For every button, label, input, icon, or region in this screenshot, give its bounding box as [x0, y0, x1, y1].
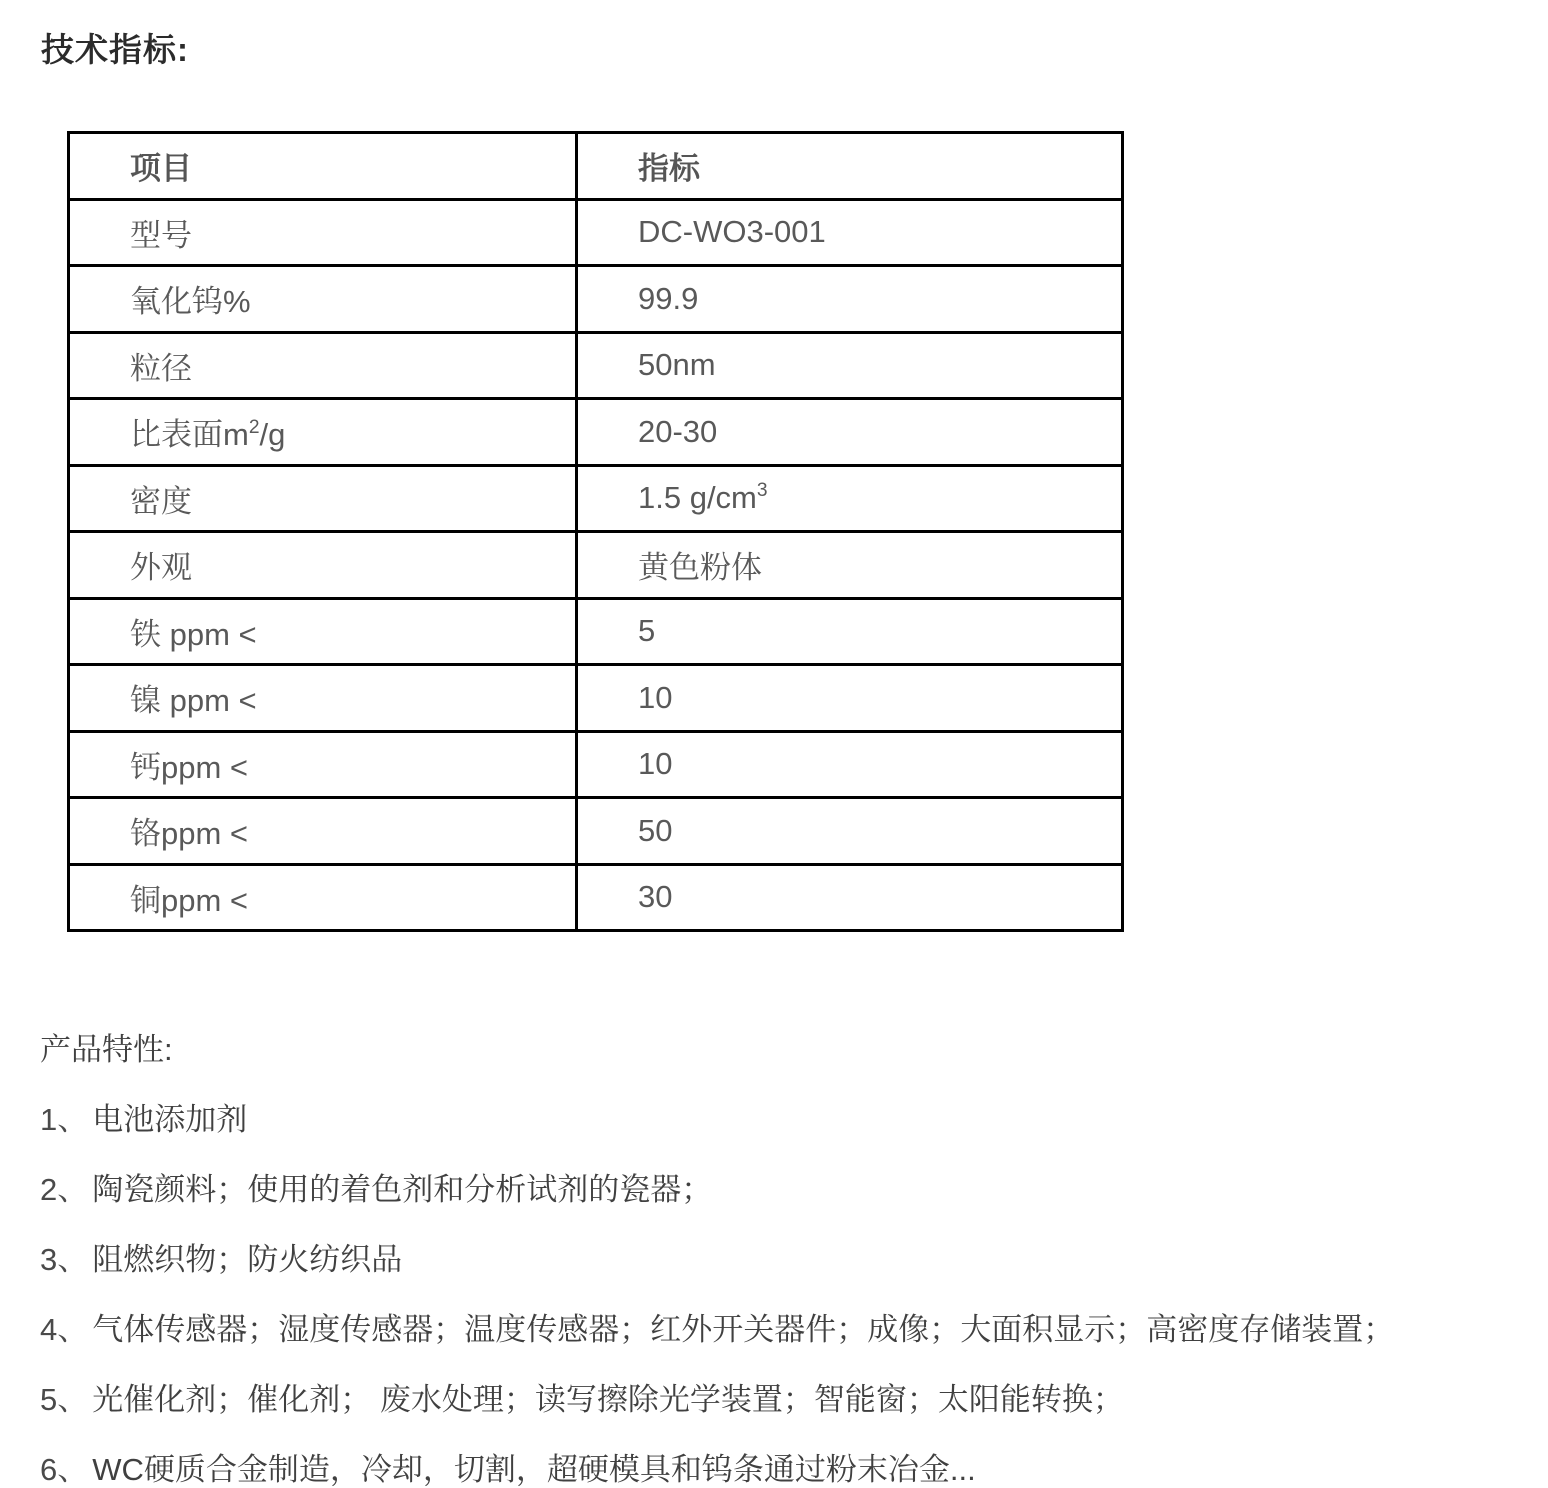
- table-header-item: 项目: [69, 133, 577, 200]
- item-cell: 铬ppm <: [69, 798, 577, 865]
- cell-text: 99.9: [638, 281, 698, 316]
- table-row: 型号DC-WO3-001: [69, 199, 1123, 266]
- cell-text: 10: [638, 746, 672, 781]
- feature-list-item: 5、光催化剂；催化剂； 废水处理；读写擦除光学装置；智能窗；太阳能转换；: [40, 1380, 1510, 1420]
- cell-text: 50: [638, 813, 672, 848]
- item-cell: 型号: [69, 199, 577, 266]
- feature-list-item: 1、电池添加剂: [40, 1100, 1510, 1140]
- cell-text: 氧化钨%: [130, 284, 251, 319]
- table-header-value: 指标: [577, 133, 1123, 200]
- features-heading: 产品特性:: [40, 1030, 1510, 1070]
- cell-text: 30: [638, 879, 672, 914]
- features-section: 产品特性: 1、电池添加剂2、陶瓷颜料；使用的着色剂和分析试剂的瓷器；3、阻燃织…: [40, 1030, 1510, 1488]
- item-cell: 铜ppm <: [69, 864, 577, 931]
- cell-text: 20-30: [638, 414, 717, 449]
- features-list: 1、电池添加剂2、陶瓷颜料；使用的着色剂和分析试剂的瓷器；3、阻燃织物；防火纺织…: [40, 1100, 1510, 1488]
- table-row: 铜ppm <30: [69, 864, 1123, 931]
- feature-list-item: 6、WC硬质合金制造，冷却，切割，超硬模具和钨条通过粉末冶金...: [40, 1450, 1510, 1488]
- page-title: 技术指标:: [41, 24, 189, 71]
- feature-item-text: 阻燃织物；防火纺织品: [92, 1242, 402, 1277]
- cell-text: 铬ppm <: [130, 816, 248, 851]
- spec-document-page: 技术指标: 项目 指标 型号DC-WO3-001氧化钨%99.9粒径50nm比表…: [0, 0, 1548, 1488]
- cell-text: 50nm: [638, 347, 716, 382]
- item-cell: 镍 ppm <: [69, 665, 577, 732]
- feature-item-text: 电池添加剂: [92, 1102, 247, 1137]
- feature-item-text: 光催化剂；催化剂； 废水处理；读写擦除光学装置；智能窗；太阳能转换；: [92, 1382, 1124, 1417]
- cell-text: 5: [638, 613, 655, 648]
- feature-item-text: 气体传感器；湿度传感器；温度传感器；红外开关器件；成像；大面积显示；高密度存储装…: [92, 1312, 1394, 1347]
- value-cell: 1.5 g/cm3: [577, 465, 1123, 532]
- value-cell: 30: [577, 864, 1123, 931]
- cell-text: 外观: [130, 550, 192, 585]
- table-row: 密度1.5 g/cm3: [69, 465, 1123, 532]
- cell-text: 黄色粉体: [638, 550, 762, 585]
- superscript-text: 2: [249, 417, 260, 438]
- value-cell: 99.9: [577, 266, 1123, 333]
- feature-item-text: 陶瓷颜料；使用的着色剂和分析试剂的瓷器；: [92, 1172, 712, 1207]
- value-cell: 20-30: [577, 399, 1123, 466]
- feature-list-item: 2、陶瓷颜料；使用的着色剂和分析试剂的瓷器；: [40, 1170, 1510, 1210]
- value-cell: 10: [577, 731, 1123, 798]
- value-cell: 黄色粉体: [577, 532, 1123, 599]
- feature-item-number: 2、: [40, 1170, 88, 1210]
- value-cell: DC-WO3-001: [577, 199, 1123, 266]
- item-cell: 粒径: [69, 332, 577, 399]
- table-row: 铁 ppm <5: [69, 598, 1123, 665]
- feature-list-item: 4、气体传感器；湿度传感器；温度传感器；红外开关器件；成像；大面积显示；高密度存…: [40, 1310, 1510, 1350]
- feature-item-number: 1、: [40, 1100, 88, 1140]
- cell-text: 10: [638, 680, 672, 715]
- item-cell: 钙ppm <: [69, 731, 577, 798]
- feature-item-text: WC硬质合金制造，冷却，切割，超硬模具和钨条通过粉末冶金...: [92, 1452, 975, 1487]
- cell-text: 铁 ppm <: [130, 617, 257, 652]
- table-row: 钙ppm <10: [69, 731, 1123, 798]
- item-cell: 密度: [69, 465, 577, 532]
- spec-table: 项目 指标 型号DC-WO3-001氧化钨%99.9粒径50nm比表面m2/g2…: [67, 131, 1124, 932]
- feature-item-number: 5、: [40, 1380, 88, 1420]
- superscript-text: 3: [757, 480, 768, 501]
- table-header-row: 项目 指标: [69, 133, 1123, 200]
- cell-text: 密度: [130, 484, 192, 519]
- value-cell: 5: [577, 598, 1123, 665]
- table-row: 比表面m2/g20-30: [69, 399, 1123, 466]
- value-cell: 50nm: [577, 332, 1123, 399]
- cell-text: 1.5 g/cm: [638, 480, 757, 515]
- cell-text: 钙ppm <: [130, 750, 248, 785]
- table-row: 外观黄色粉体: [69, 532, 1123, 599]
- item-cell: 比表面m2/g: [69, 399, 577, 466]
- cell-text: 铜ppm <: [130, 883, 248, 918]
- item-cell: 铁 ppm <: [69, 598, 577, 665]
- feature-item-number: 3、: [40, 1240, 88, 1280]
- value-cell: 10: [577, 665, 1123, 732]
- cell-text: 镍 ppm <: [130, 683, 257, 718]
- feature-item-number: 6、: [40, 1450, 88, 1488]
- feature-list-item: 3、阻燃织物；防火纺织品: [40, 1240, 1510, 1280]
- cell-text: 粒径: [130, 351, 192, 386]
- table-row: 氧化钨%99.9: [69, 266, 1123, 333]
- item-cell: 氧化钨%: [69, 266, 577, 333]
- item-cell: 外观: [69, 532, 577, 599]
- feature-item-number: 4、: [40, 1310, 88, 1350]
- table-row: 粒径50nm: [69, 332, 1123, 399]
- cell-text: DC-WO3-001: [638, 214, 826, 249]
- cell-text: /g: [260, 417, 286, 452]
- cell-text: 比表面m: [130, 417, 249, 452]
- cell-text: 型号: [130, 218, 192, 253]
- value-cell: 50: [577, 798, 1123, 865]
- table-row: 铬ppm <50: [69, 798, 1123, 865]
- table-row: 镍 ppm <10: [69, 665, 1123, 732]
